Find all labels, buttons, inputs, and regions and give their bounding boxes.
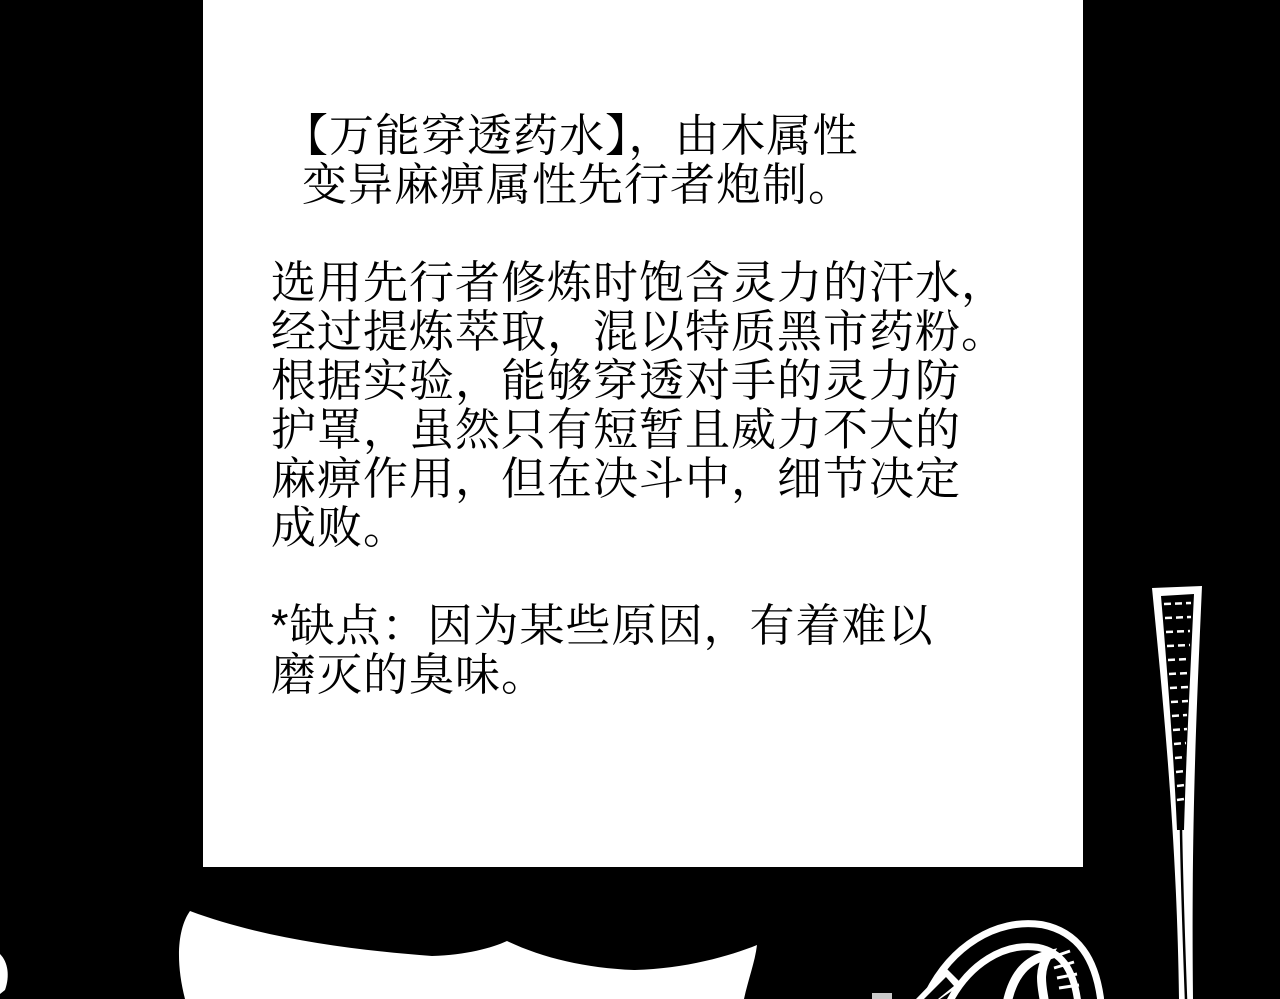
text-line: 【万能穿透药水】，由木属性 bbox=[271, 111, 1007, 160]
text-line: 根据实验，能够穿透对手的灵力防 bbox=[271, 356, 1007, 405]
hook-sketch bbox=[916, 935, 1089, 999]
text-line: 选用先行者修炼时饱含灵力的汗水， bbox=[271, 258, 1007, 307]
staff-illustration bbox=[1130, 580, 1240, 999]
paragraph-body: 选用先行者修炼时饱含灵力的汗水， 经过提炼萃取，混以特质黑市药粉。 根据实验，能… bbox=[271, 258, 1007, 552]
text-line: 变异麻痹属性先行者炮制。 bbox=[271, 160, 1007, 209]
paragraph-title: 【万能穿透药水】，由木属性 变异麻痹属性先行者炮制。 bbox=[271, 111, 1007, 209]
text-panel: 【万能穿透药水】，由木属性 变异麻痹属性先行者炮制。 选用先行者修炼时饱含灵力的… bbox=[203, 0, 1083, 867]
wave-sliver bbox=[0, 954, 8, 994]
text-line: 经过提炼萃取，混以特质黑市药粉。 bbox=[271, 307, 1007, 356]
wave-shape bbox=[179, 911, 757, 999]
text-line: 护罩，虽然只有短暂且威力不大的 bbox=[271, 405, 1007, 454]
item-description: 【万能穿透药水】，由木属性 变异麻痹属性先行者炮制。 选用先行者修炼时饱含灵力的… bbox=[271, 111, 1007, 699]
gray-speck bbox=[872, 993, 892, 999]
comic-page: { "scene": { "background_color": "#00000… bbox=[0, 0, 1280, 999]
text-line: 成败。 bbox=[271, 503, 1007, 552]
bottom-scene-illustration bbox=[0, 868, 1280, 999]
text-line: 磨灭的臭味。 bbox=[271, 650, 1007, 699]
text-line: 麻痹作用，但在决斗中，细节决定 bbox=[271, 454, 1007, 503]
paragraph-drawback: *缺点：因为某些原因，有着难以 磨灭的臭味。 bbox=[271, 601, 1007, 699]
text-line: *缺点：因为某些原因，有着难以 bbox=[271, 601, 1007, 650]
